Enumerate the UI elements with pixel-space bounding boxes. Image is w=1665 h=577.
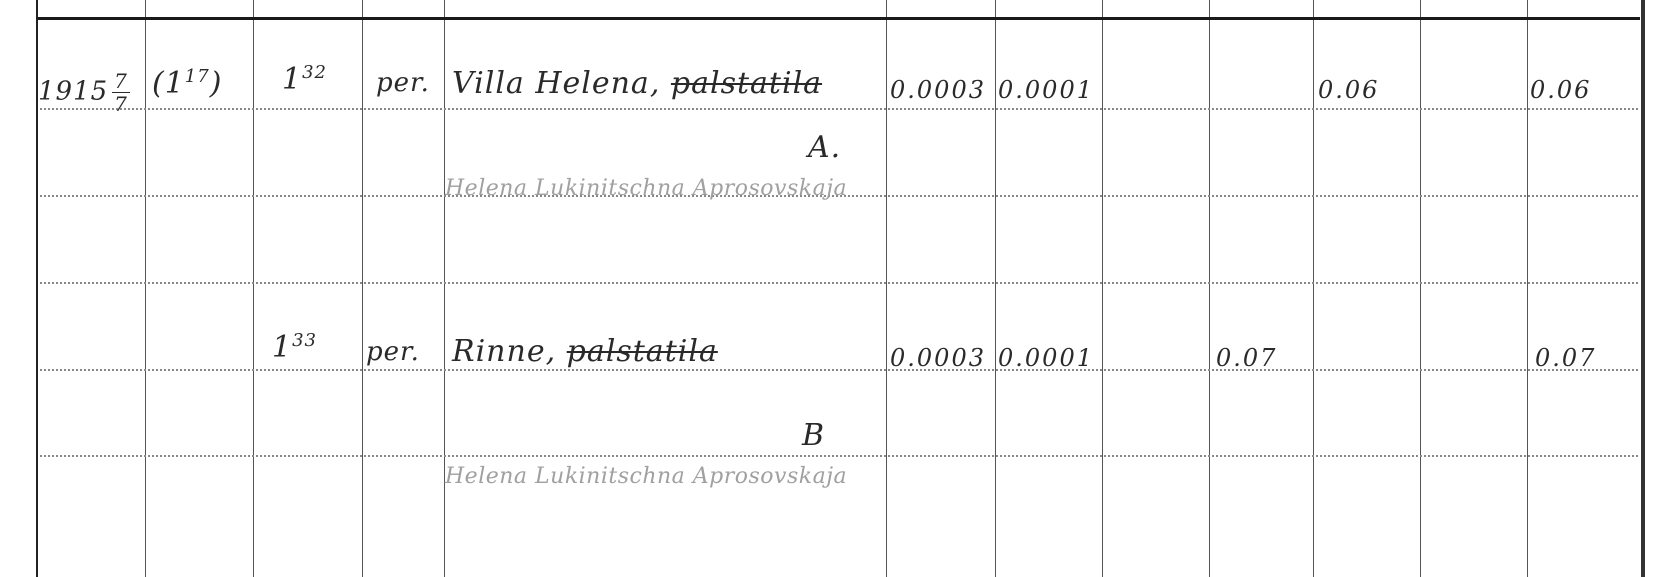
- lot-number: 132: [282, 62, 327, 97]
- column-line: [362, 0, 363, 577]
- struck-out-text: palstatila: [671, 66, 822, 101]
- property-name: Rinne, palstatila: [452, 334, 718, 369]
- value-col-2: 0.0001: [998, 344, 1094, 372]
- per-label: per.: [376, 68, 430, 98]
- dotted-rule: [40, 369, 1638, 371]
- date-fraction: 77: [112, 70, 130, 115]
- lot-number: 133: [272, 330, 317, 365]
- owner-pencil-note: Helena Lukinitschna Aprosovskaja: [445, 176, 847, 201]
- column-line: [1209, 0, 1210, 577]
- column-line: [1420, 0, 1421, 577]
- value-col-a: 0.07: [1216, 344, 1277, 372]
- column-line: [1102, 0, 1103, 577]
- struck-out-text: palstatila: [567, 334, 718, 369]
- value-col-2: 0.0001: [998, 76, 1094, 104]
- right-border: [1641, 0, 1645, 577]
- parcel-mark: B: [802, 418, 825, 453]
- entry-reference: (117): [152, 66, 222, 101]
- entry-date: 191577: [38, 70, 130, 115]
- column-line: [253, 0, 254, 577]
- value-col-1: 0.0003: [890, 76, 986, 104]
- property-name: Villa Helena, palstatila: [452, 66, 822, 101]
- column-line: [1527, 0, 1528, 577]
- value-col-b: 0.06: [1318, 76, 1379, 104]
- value-total: 0.07: [1535, 344, 1596, 372]
- column-line: [1313, 0, 1314, 577]
- parcel-mark: A.: [808, 130, 841, 165]
- value-col-1: 0.0003: [890, 344, 986, 372]
- owner-pencil-note: Helena Lukinitschna Aprosovskaja: [445, 464, 847, 489]
- dotted-rule: [40, 108, 1638, 110]
- column-line: [145, 0, 146, 577]
- dotted-rule: [40, 282, 1638, 284]
- per-label: per.: [366, 337, 420, 367]
- dotted-rule: [40, 455, 1638, 457]
- column-line: [444, 0, 445, 577]
- ledger-page: 191577 (117) 132 per. Villa Helena, pals…: [0, 0, 1665, 577]
- column-line: [886, 0, 887, 577]
- column-line: [995, 0, 996, 577]
- value-total: 0.06: [1530, 76, 1591, 104]
- date-year: 1915: [38, 77, 108, 107]
- header-rule: [38, 17, 1640, 20]
